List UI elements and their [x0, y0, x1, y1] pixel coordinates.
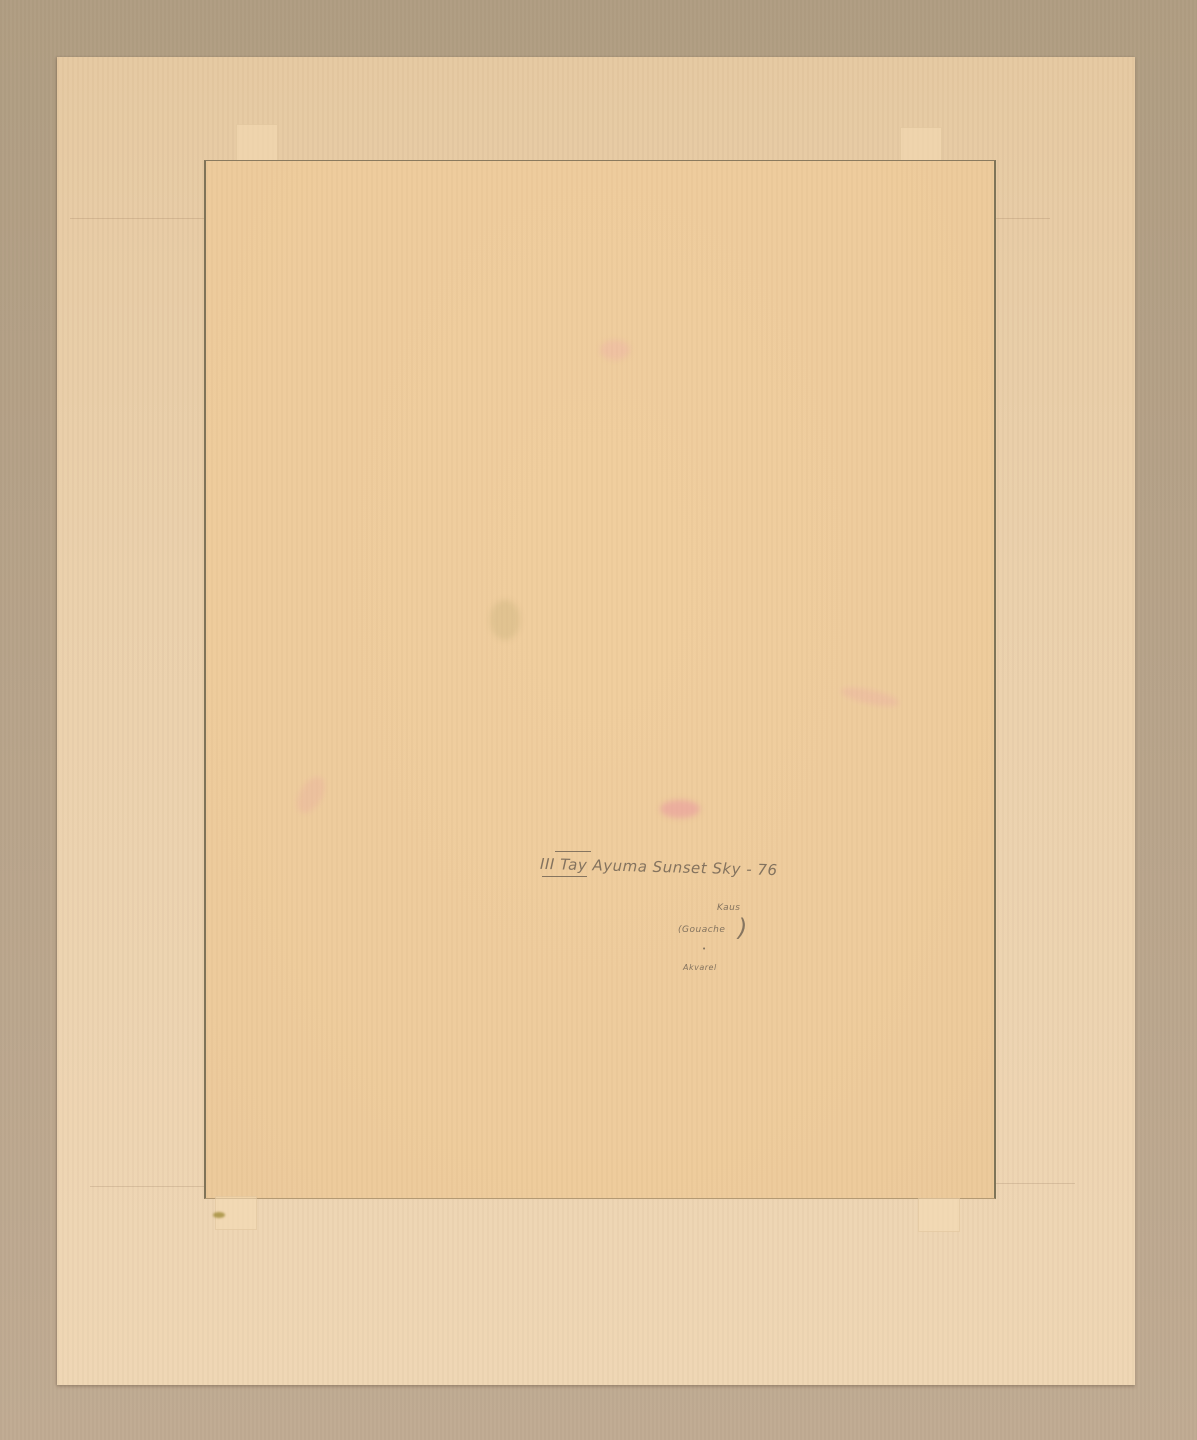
inscription-medium-2: Akvarel: [683, 963, 717, 972]
pencil-mark: [542, 876, 587, 877]
mat-guide-line-bottom-left: [90, 1186, 210, 1187]
faint-stain: [490, 600, 520, 640]
inscription-dot: •: [702, 945, 707, 953]
artwork-back: [204, 160, 996, 1199]
pink-smudge: [660, 800, 700, 818]
tape-stain: [213, 1212, 225, 1218]
pink-smudge: [600, 340, 630, 360]
pencil-mark: [555, 851, 591, 852]
tape-hinge-bottom-right: [918, 1198, 960, 1232]
inscription-line-2: Kaus: [717, 903, 741, 913]
inscription-medium: (Gouache: [678, 925, 725, 935]
mat-guide-line-bottom-right: [995, 1183, 1075, 1184]
inscription-paren: ): [738, 914, 747, 942]
